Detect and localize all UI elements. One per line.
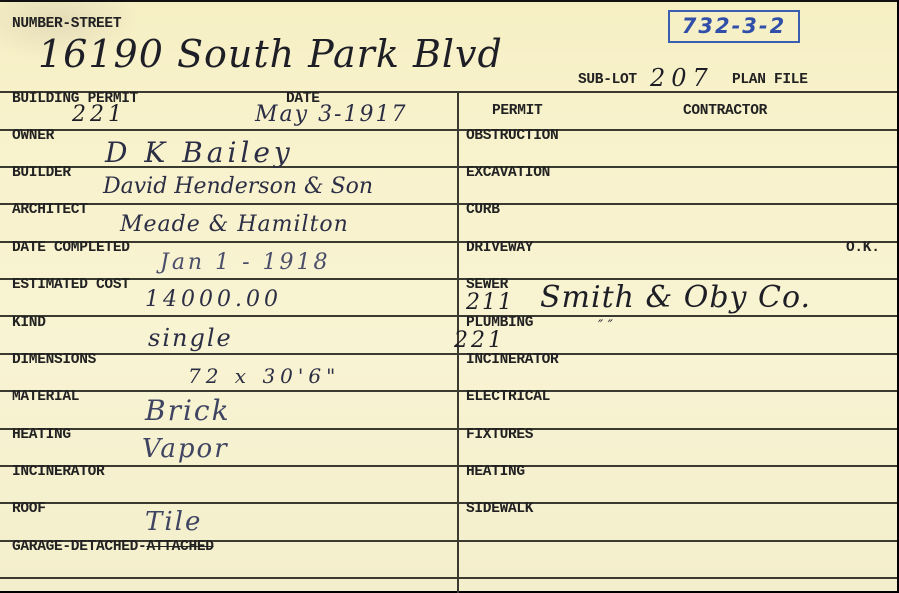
- owner-value: D K Bailey: [105, 136, 294, 169]
- date-completed-label: DATE COMPLETED: [12, 240, 130, 256]
- material-label: MATERIAL: [12, 389, 79, 405]
- garage-label: GARAGE-DETACHED-ATTACHED: [12, 539, 214, 555]
- number-street-label: NUMBER-STREET: [12, 16, 121, 32]
- divider: [0, 129, 897, 131]
- contractor-column-header: CONTRACTOR: [683, 103, 767, 119]
- divider: [0, 502, 897, 504]
- sub-lot-label: SUB-LOT: [578, 72, 637, 88]
- number-street-value: 16190 South Park Blvd: [38, 32, 503, 76]
- electrical-label: ELECTRICAL: [466, 389, 550, 405]
- divider: [0, 428, 897, 430]
- divider: [0, 203, 897, 205]
- date-completed-value: Jan 1 - 1918: [160, 250, 331, 275]
- garage-label-detached: GARAGE-DETACHED-: [12, 539, 146, 555]
- sub-lot-value: 207: [650, 64, 714, 92]
- permit-column-header: PERMIT: [492, 103, 542, 119]
- incinerator-label: INCINERATOR: [12, 464, 104, 480]
- fixtures-label: FIXTURES: [466, 427, 533, 443]
- kind-label: KIND: [12, 315, 46, 331]
- divider: [0, 390, 897, 392]
- sewer-permit-value: 211: [466, 290, 514, 315]
- plan-file-label: PLAN FILE: [732, 72, 808, 88]
- curb-label: CURB: [466, 202, 500, 218]
- driveway-label: DRIVEWAY: [466, 240, 533, 256]
- roof-value: Tile: [145, 507, 202, 537]
- divider: [0, 241, 897, 243]
- permit-card: NUMBER-STREET 16190 South Park Blvd 732-…: [0, 0, 897, 591]
- estimated-cost-value: 14000.00: [145, 287, 282, 312]
- estimated-cost-label: ESTIMATED COST: [12, 277, 130, 293]
- garage-label-attached-struck: ATTACHED: [146, 539, 213, 555]
- kind-value: single: [148, 324, 233, 352]
- heating-permit-label: HEATING: [466, 464, 525, 480]
- driveway-ok-note: O.K.: [846, 240, 880, 256]
- roof-label: ROOF: [12, 501, 46, 517]
- architect-label: ARCHITECT: [12, 202, 88, 218]
- divider: [0, 353, 897, 355]
- plumbing-contractor-ditto: ″ ″: [598, 318, 613, 334]
- date-value: May 3-1917: [255, 102, 407, 127]
- sidewalk-label: SIDEWALK: [466, 501, 533, 517]
- heating-label: HEATING: [12, 427, 71, 443]
- divider: [0, 315, 897, 317]
- architect-value: Meade & Hamilton: [120, 212, 349, 237]
- dimensions-label: DIMENSIONS: [12, 352, 96, 368]
- excavation-label: EXCAVATION: [466, 165, 550, 181]
- owner-label: OWNER: [12, 128, 54, 144]
- divider: [0, 465, 897, 467]
- material-value: Brick: [145, 394, 231, 427]
- plumbing-permit-value: 221: [454, 328, 505, 353]
- builder-label: BUILDER: [12, 165, 71, 181]
- incinerator-permit-label: INCINERATOR: [466, 352, 558, 368]
- file-number-stamp: 732-3-2: [668, 10, 800, 43]
- builder-value: David Henderson & Son: [103, 174, 373, 199]
- obstruction-label: OBSTRUCTION: [466, 128, 558, 144]
- building-permit-value: 221: [72, 102, 126, 127]
- sewer-contractor-value: Smith & Oby Co.: [540, 280, 811, 315]
- heating-value: Vapor: [142, 434, 229, 464]
- dimensions-value: 72 x 30'6": [188, 364, 340, 388]
- divider: [0, 577, 897, 579]
